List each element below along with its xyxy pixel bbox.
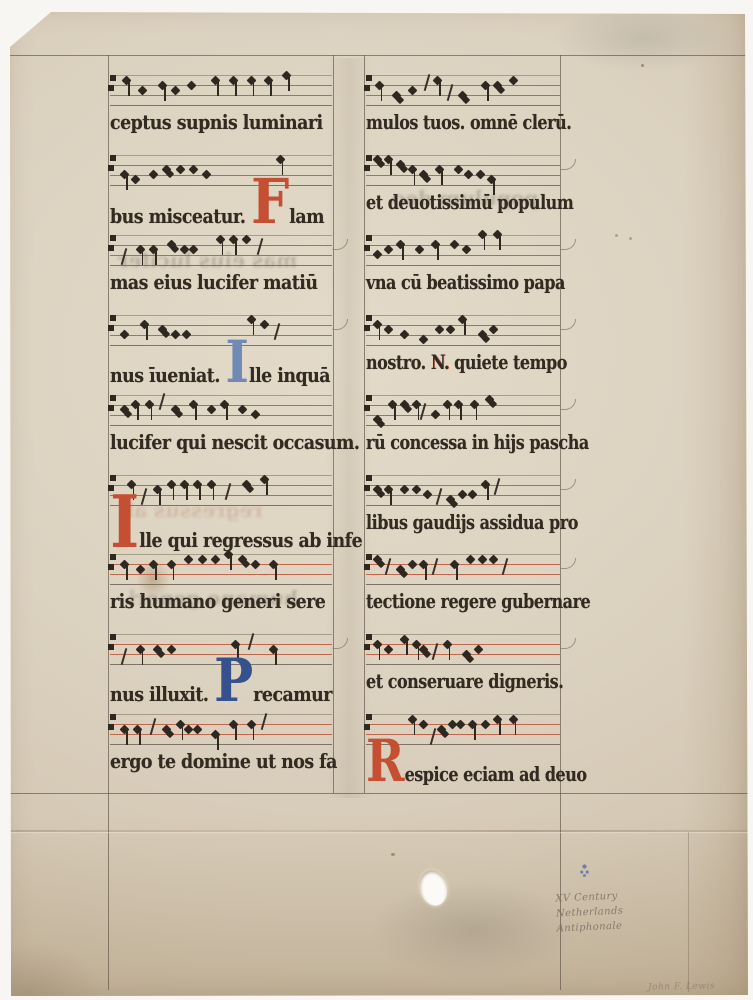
neume-head xyxy=(446,325,456,335)
neume-stem xyxy=(182,725,184,740)
neume xyxy=(459,92,467,100)
line-end-flourish xyxy=(560,319,576,330)
neume xyxy=(277,156,285,164)
neume xyxy=(502,561,510,569)
neume-stroke xyxy=(436,488,442,505)
neume-stem xyxy=(406,640,408,655)
neume xyxy=(154,646,162,654)
neume xyxy=(477,171,485,179)
fold-crease xyxy=(0,830,753,832)
chant-text-line: vna cū beatissimo papa xyxy=(366,269,565,295)
staff-line xyxy=(366,475,560,476)
staff-line xyxy=(366,395,560,396)
clef-square xyxy=(364,644,370,650)
neume-stroke xyxy=(432,558,438,575)
chant-text: nostro. xyxy=(366,350,431,374)
neume-head xyxy=(144,400,154,410)
chant-text-line: et conseruare digneris. xyxy=(366,668,563,694)
corner-shading-bottom-left xyxy=(0,920,140,1000)
neume xyxy=(190,246,198,254)
neume-stem xyxy=(253,320,255,335)
neume-head xyxy=(211,554,221,564)
neume xyxy=(479,556,487,564)
neume xyxy=(436,491,444,499)
music-text-system: Respice eciam ad deuo xyxy=(366,714,560,780)
neume-head xyxy=(182,330,192,340)
neume xyxy=(168,646,176,654)
neume xyxy=(123,77,131,85)
neume-head xyxy=(377,420,385,428)
clef-square xyxy=(108,564,114,570)
neume xyxy=(132,176,140,184)
neume xyxy=(181,246,189,254)
neume-head xyxy=(149,245,159,255)
neume-head xyxy=(166,170,174,178)
neume xyxy=(436,166,444,174)
staff-line xyxy=(110,475,332,476)
neume xyxy=(177,721,185,729)
neume-stem xyxy=(390,160,392,175)
neume-head xyxy=(407,165,417,175)
neume xyxy=(203,171,211,179)
neume xyxy=(230,236,238,244)
neume xyxy=(248,316,256,324)
neume xyxy=(221,401,229,409)
neume-stem xyxy=(381,86,383,101)
neume-head xyxy=(237,405,247,415)
neume xyxy=(409,166,417,174)
neume xyxy=(270,561,278,569)
line-end-flourish xyxy=(560,479,576,490)
clef-square xyxy=(110,714,116,720)
neume xyxy=(163,726,171,734)
neume xyxy=(374,251,382,259)
collection-stamp-icon xyxy=(579,863,590,877)
staff-line xyxy=(366,105,560,106)
staff-line xyxy=(110,485,332,486)
neume-stroke xyxy=(420,403,426,420)
neume xyxy=(471,401,479,409)
neume xyxy=(401,401,409,409)
neume-stem xyxy=(164,86,166,101)
neume-stem xyxy=(379,645,381,660)
neume xyxy=(121,561,129,569)
staff-line xyxy=(110,584,332,585)
illuminated-initial: P xyxy=(214,668,253,694)
neume-stem xyxy=(390,490,392,505)
neume-head xyxy=(450,559,460,569)
neume xyxy=(432,241,440,249)
neume-stem xyxy=(464,320,466,335)
neume-head xyxy=(260,320,270,330)
neume-stroke xyxy=(159,393,165,410)
chant-text-line: tectione regere gubernare xyxy=(366,588,590,614)
chant-text: nus īueniat. xyxy=(110,363,225,387)
clef-mark xyxy=(364,75,373,93)
neume-stem xyxy=(456,565,458,580)
music-staff xyxy=(110,554,332,584)
neume-head xyxy=(157,650,165,658)
neume xyxy=(283,72,291,80)
neume xyxy=(490,556,498,564)
neume-head xyxy=(404,405,412,413)
chant-text: ergo te domine ut nos fa xyxy=(110,749,337,773)
music-text-system: nostro. N. quiete tempo xyxy=(366,315,560,381)
neume xyxy=(168,241,176,249)
music-staff xyxy=(110,714,332,744)
collector-signature: John F. Lewis xyxy=(648,981,715,992)
neume-head xyxy=(133,724,143,734)
neume xyxy=(194,481,202,489)
neume-head xyxy=(384,485,394,495)
staff-line xyxy=(366,574,560,575)
neume-head xyxy=(197,554,207,564)
neume-head xyxy=(374,80,384,90)
neume-head xyxy=(487,175,497,185)
music-text-system: ceptus supnis luminari xyxy=(110,75,332,141)
clef-square xyxy=(110,75,116,81)
neume-stroke xyxy=(494,478,500,495)
neume-head xyxy=(120,724,130,734)
neume-head xyxy=(224,549,234,559)
neume xyxy=(139,87,147,95)
speck xyxy=(629,237,632,240)
neume xyxy=(217,236,225,244)
neume xyxy=(183,331,191,339)
chant-text-line: Respice eciam ad deuo xyxy=(366,748,587,787)
chant-text: ris humano generi sere xyxy=(110,589,325,613)
clef-mark xyxy=(108,155,117,173)
neume-head xyxy=(184,554,194,564)
neume-head xyxy=(450,500,458,508)
neume xyxy=(490,326,498,334)
neume xyxy=(225,551,233,559)
chant-text-line: libus gaudijs assidua pro xyxy=(366,509,578,535)
neume-head xyxy=(122,75,132,85)
staff-line xyxy=(110,95,332,96)
neume-head xyxy=(171,85,181,95)
neume xyxy=(385,561,393,569)
neume-stem xyxy=(460,405,462,420)
chant-text-line: lucifer qui nescit occasum. xyxy=(110,429,359,455)
neume-head xyxy=(384,644,394,654)
text-column-right: mulos tuos. omnē clerū.et deuotissimū po… xyxy=(366,58,560,793)
neume-head xyxy=(137,85,147,95)
neume xyxy=(434,77,442,85)
neume-head xyxy=(180,480,190,490)
staff-line xyxy=(110,165,332,166)
neume-head xyxy=(166,644,176,654)
neume-stem xyxy=(222,240,224,255)
neume-stem xyxy=(414,170,416,185)
chant-text: recamur xyxy=(253,682,332,706)
neume-stem xyxy=(379,325,381,340)
neume-head xyxy=(458,490,468,500)
music-text-system: et deuotissimū populum xyxy=(366,155,560,221)
neume xyxy=(248,636,256,644)
neume-head xyxy=(384,325,394,335)
neume-head xyxy=(228,235,238,245)
neume-stem xyxy=(425,565,427,580)
neume-head xyxy=(489,400,497,408)
illuminated-initial: F xyxy=(251,189,289,215)
neume-stem xyxy=(487,86,489,101)
neume-head xyxy=(407,714,417,724)
neume xyxy=(159,396,167,404)
neume-head xyxy=(454,400,464,410)
neume-stem xyxy=(126,730,128,745)
staff-line xyxy=(366,255,560,256)
neume-stem xyxy=(155,565,157,580)
neume-head xyxy=(228,719,238,729)
neume-head xyxy=(407,85,417,95)
staff-line xyxy=(110,634,332,635)
clef-square xyxy=(364,245,370,251)
neume-stem xyxy=(275,650,277,665)
neume-stroke xyxy=(141,488,147,505)
neume xyxy=(261,476,269,484)
neume-head xyxy=(419,335,429,345)
line-end-flourish xyxy=(560,638,576,649)
neume-head xyxy=(467,490,477,500)
neume xyxy=(376,82,384,90)
neume-head xyxy=(411,485,421,495)
neume-head xyxy=(260,475,270,485)
ruling-line xyxy=(108,55,109,990)
clef-square xyxy=(110,395,116,401)
edge-shading-bottom xyxy=(0,815,753,1000)
neume xyxy=(479,231,487,239)
neume-head xyxy=(251,410,261,420)
neume xyxy=(168,481,176,489)
neume-stroke xyxy=(274,323,280,340)
neume-head xyxy=(246,719,256,729)
neume xyxy=(150,721,158,729)
chant-text-line: mas eius lucifer matiū xyxy=(110,269,317,295)
music-staff xyxy=(366,315,560,345)
chant-text-line: et deuotissimū populum xyxy=(366,189,573,215)
clef-mark xyxy=(108,554,117,572)
neume-stroke xyxy=(432,643,438,660)
neume-head xyxy=(202,170,212,180)
clef-square xyxy=(110,634,116,640)
neume xyxy=(451,561,459,569)
line-end-flourish xyxy=(560,558,576,569)
neume-head xyxy=(400,570,408,578)
neume xyxy=(401,331,409,339)
staff-line xyxy=(366,75,560,76)
illuminated-initial: I xyxy=(110,509,139,535)
neume-stem xyxy=(226,405,228,420)
clef-mark xyxy=(108,75,117,93)
neume-stem xyxy=(402,245,404,260)
chant-text: quiete tempo xyxy=(449,350,567,374)
neume-head xyxy=(466,655,474,663)
neume xyxy=(168,561,176,569)
neume xyxy=(181,481,189,489)
speck xyxy=(641,64,644,67)
neume-stem xyxy=(394,405,396,420)
clef-square xyxy=(366,714,372,720)
music-text-system: rū concessa in hijs pascha xyxy=(366,395,560,461)
neume xyxy=(159,326,167,334)
clef-square xyxy=(366,395,372,401)
curator-pencil-note: XV Century Netherlands Antiphonale xyxy=(555,889,624,937)
clef-mark xyxy=(364,554,373,572)
neume xyxy=(409,716,417,724)
neume-head xyxy=(396,240,406,250)
neume xyxy=(455,166,463,174)
music-staff xyxy=(366,75,560,105)
neume xyxy=(397,566,405,574)
neume xyxy=(438,726,446,734)
neume-head xyxy=(175,165,185,175)
neume xyxy=(482,721,490,729)
neume-head xyxy=(275,155,285,165)
neume-stem xyxy=(449,405,451,420)
neume-head xyxy=(442,400,452,410)
music-staff xyxy=(366,554,560,584)
neume-stem xyxy=(139,730,141,745)
chant-text: espice eciam ad deuo xyxy=(405,762,587,786)
clef-square xyxy=(366,475,372,481)
neume xyxy=(420,336,428,344)
neume-stem xyxy=(449,645,451,660)
neume xyxy=(385,646,393,654)
neume xyxy=(444,641,452,649)
neume xyxy=(212,556,220,564)
neume-head xyxy=(458,315,468,325)
chant-text-line: rū concessa in hijs pascha xyxy=(366,429,589,455)
music-staff xyxy=(366,634,560,664)
clef-square xyxy=(366,155,372,161)
neume-head xyxy=(120,170,130,180)
neume xyxy=(436,326,444,334)
clef-square xyxy=(110,554,116,560)
neume-head xyxy=(188,245,198,255)
staff-line xyxy=(110,75,332,76)
neume-head xyxy=(268,559,278,569)
chant-text: vna cū beatissimo papa xyxy=(366,270,565,294)
staff-line xyxy=(366,505,560,506)
staff-line xyxy=(110,155,332,156)
neume xyxy=(397,161,405,169)
clef-mark xyxy=(364,395,373,413)
neume-head xyxy=(220,400,230,410)
music-staff xyxy=(110,315,332,345)
neume-stem xyxy=(487,485,489,500)
neume-head xyxy=(246,485,254,493)
neume-stem xyxy=(173,485,175,500)
neume-head xyxy=(193,480,203,490)
neume xyxy=(385,246,393,254)
neume-stem xyxy=(137,405,139,420)
neume xyxy=(199,556,207,564)
neume-head xyxy=(193,724,203,734)
neume-head xyxy=(442,639,452,649)
line-end-flourish xyxy=(560,399,576,410)
neume-stem xyxy=(195,405,197,420)
staff-line xyxy=(110,345,332,346)
neume-head xyxy=(268,644,278,654)
neume-stem xyxy=(151,405,153,420)
neume-head xyxy=(388,400,398,410)
neume-head xyxy=(434,165,444,175)
neume-head xyxy=(489,554,499,564)
neume-head xyxy=(188,400,198,410)
neume-head xyxy=(135,564,145,574)
neume-stem xyxy=(288,76,290,91)
clef-square xyxy=(108,325,114,331)
neume xyxy=(486,396,494,404)
neume-stem xyxy=(213,485,215,500)
neume xyxy=(239,556,247,564)
neume-head xyxy=(372,320,382,330)
clef-square xyxy=(108,85,114,91)
neume-stem xyxy=(155,250,157,265)
neume xyxy=(374,416,382,424)
neume-head xyxy=(493,714,503,724)
neume-head xyxy=(140,320,150,330)
neume-head xyxy=(432,75,442,85)
smudge-top-right xyxy=(545,8,745,83)
chant-text: lle inquā xyxy=(249,363,330,387)
neume-stem xyxy=(439,81,441,96)
neume-head xyxy=(423,490,433,500)
neume-stroke xyxy=(256,238,262,255)
neume xyxy=(243,236,251,244)
neume-stroke xyxy=(225,483,231,500)
staff-line xyxy=(366,584,560,585)
chant-text-line: nostro. N. quiete tempo xyxy=(366,349,567,375)
neume-head xyxy=(215,235,225,245)
neume-head xyxy=(481,80,491,90)
neume xyxy=(409,87,417,95)
music-text-system: tectione regere gubernare xyxy=(366,554,560,620)
line-end-flourish xyxy=(332,319,348,330)
staff-line xyxy=(110,744,332,745)
neume xyxy=(121,331,129,339)
neume-head xyxy=(508,75,518,85)
neume-head xyxy=(131,400,141,410)
neume-head xyxy=(431,410,441,420)
neume xyxy=(479,331,487,339)
staff-line xyxy=(110,175,332,176)
neume-stroke xyxy=(424,74,430,91)
neume-head xyxy=(171,330,181,340)
staff-line xyxy=(366,634,560,635)
neume xyxy=(409,561,417,569)
staff-line xyxy=(110,395,332,396)
music-text-system: ris humano generi sere xyxy=(110,554,332,620)
neume-stroke xyxy=(430,728,436,745)
neume xyxy=(146,401,154,409)
chant-text-line: bus misceatur. Flam xyxy=(110,189,324,229)
neume-head xyxy=(246,315,256,325)
neume-head xyxy=(166,559,176,569)
line-end-flourish xyxy=(560,239,576,250)
clef-square xyxy=(366,315,372,321)
staff-line xyxy=(110,734,332,735)
neume-head xyxy=(399,485,409,495)
neume xyxy=(185,556,193,564)
neume xyxy=(494,716,502,724)
line-end-flourish xyxy=(332,638,348,649)
music-text-system: mas eius lucifer matiū xyxy=(110,235,332,301)
neume xyxy=(194,726,202,734)
staff-line xyxy=(366,425,560,426)
neume-head xyxy=(423,650,431,658)
